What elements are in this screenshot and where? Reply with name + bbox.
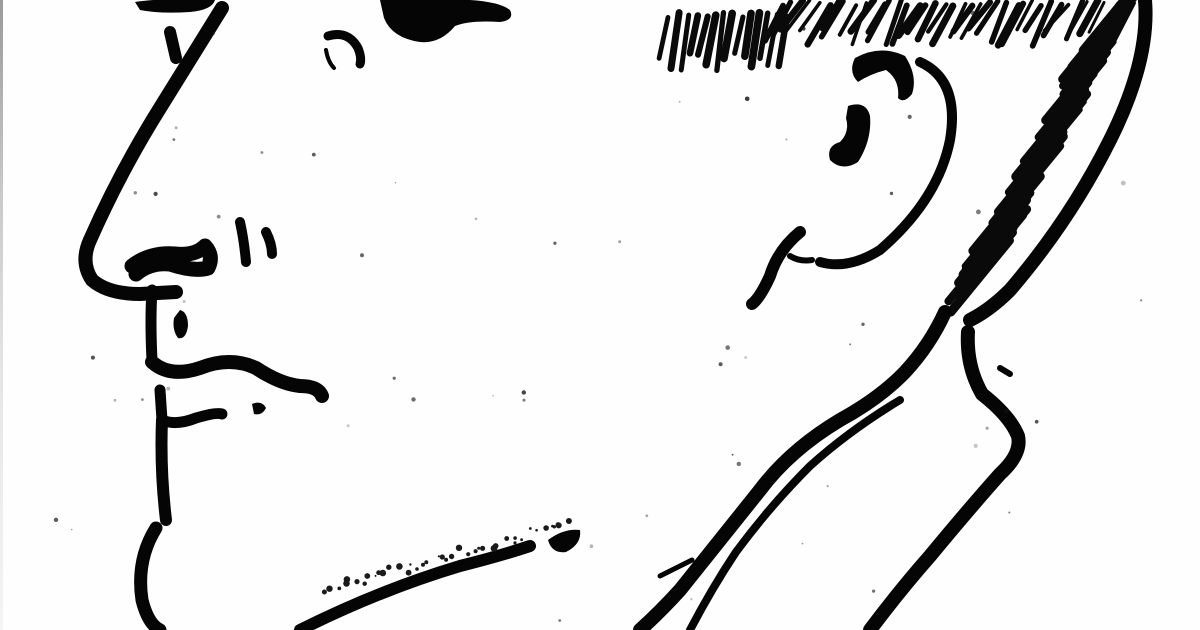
eye: [326, 35, 361, 69]
ear: [752, 50, 952, 304]
hair: [659, 0, 1150, 320]
portrait-sketch: [0, 0, 1200, 630]
chin: [141, 420, 166, 630]
nostril: [132, 222, 272, 274]
philtrum: [151, 290, 188, 360]
eyebrow: [135, 0, 511, 42]
jawline: [300, 518, 580, 630]
mustache: [152, 362, 322, 414]
lips: [160, 390, 222, 423]
sketch-canvas: [0, 0, 1200, 630]
